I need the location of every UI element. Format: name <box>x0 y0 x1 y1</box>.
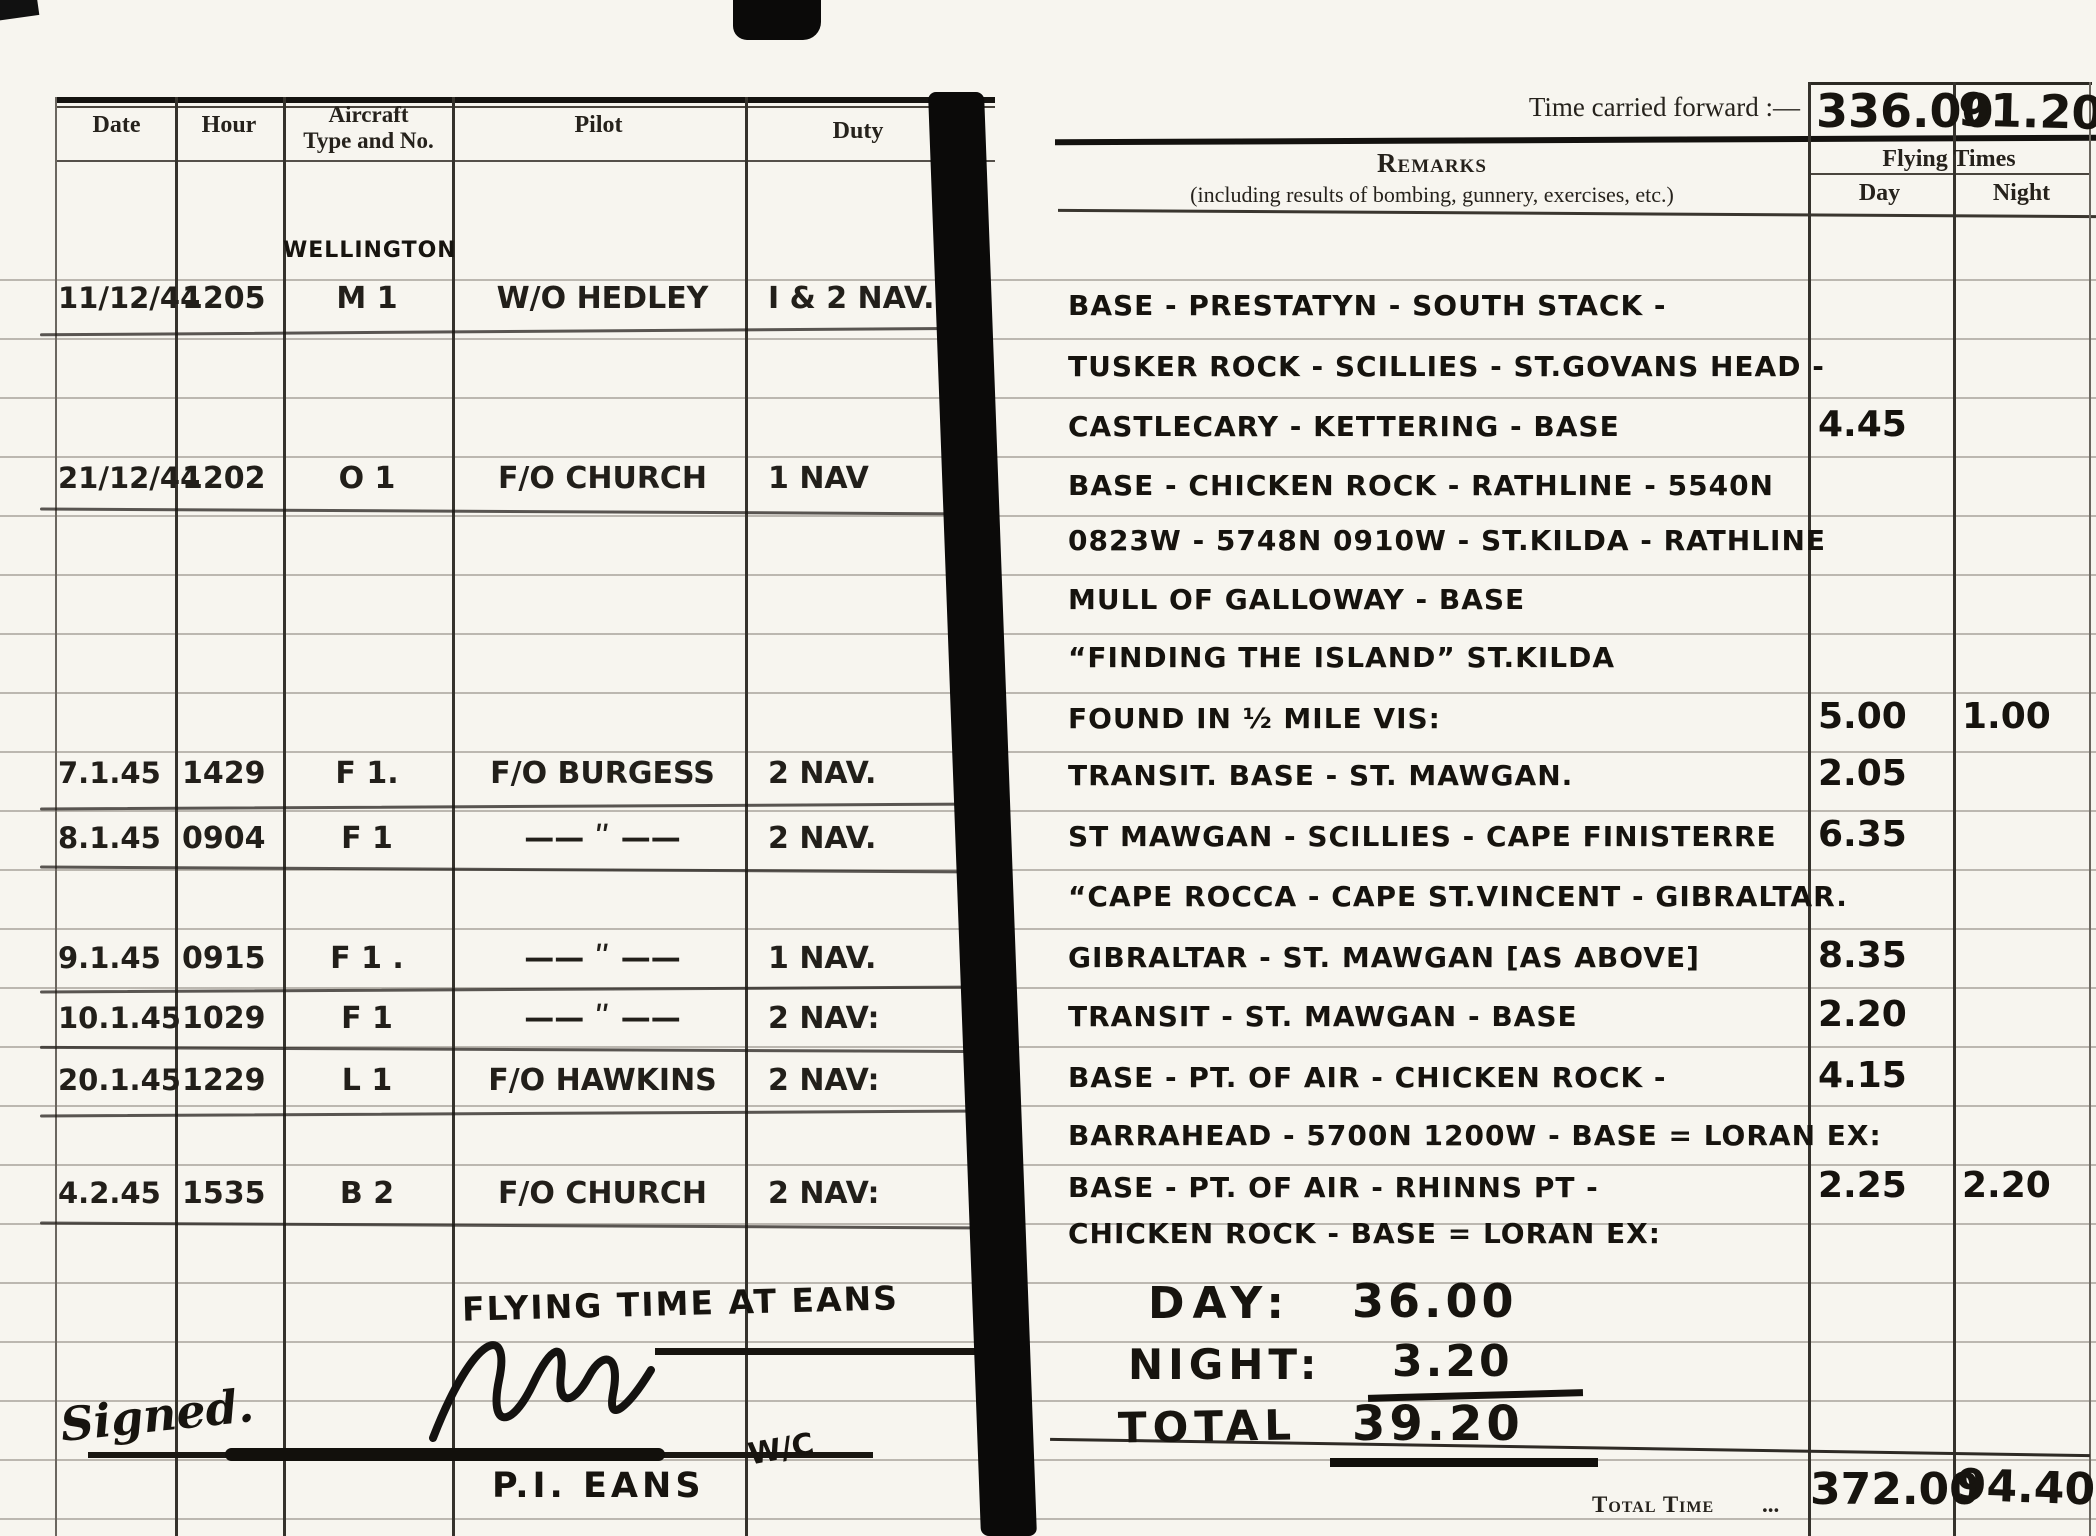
summary-day-label: DAY: <box>1148 1278 1292 1329</box>
remark-day-time: 6.35 <box>1818 814 1907 855</box>
logbook-entry-row: 20.1.451229L 1F/O HAWKINS2 NAV: <box>0 1055 1010 1111</box>
entry-pilot: F/O BURGESS <box>455 756 750 791</box>
summary-total-label: TOTAL <box>1118 1400 1298 1452</box>
entry-aircraft-no: L 1 <box>287 1063 447 1098</box>
entry-aircraft-type: WELLINGTON <box>283 238 448 263</box>
remark-day-time: 8.35 <box>1818 935 1907 976</box>
scan-mark-corner <box>0 0 39 21</box>
remark-night-time: 1.00 <box>1962 696 2051 737</box>
entry-aircraft-no: F 1 . <box>287 941 447 976</box>
remark-day-time: 2.25 <box>1818 1165 1907 1206</box>
entry-pilot: —— ʺ —— <box>455 1001 750 1036</box>
tcf-day-value: 336.00 <box>1816 84 1950 138</box>
remark-row: GIBRALTAR - ST. MAWGAN [AS ABOVE]8.35 <box>1060 932 2096 988</box>
header-night: Night <box>1953 180 2090 207</box>
entry-pilot: —— ʺ —— <box>455 941 750 976</box>
remark-text: “CAPE ROCCA - CAPE ST.VINCENT - GIBRALTA… <box>1068 880 1848 913</box>
left-header-underline <box>55 160 995 162</box>
logbook-entry-row: 4.2.451535B 2F/O CHURCH2 NAV: <box>0 1168 1010 1224</box>
left-top-rule-2 <box>55 106 995 108</box>
remark-text: ST MAWGAN - SCILLIES - CAPE FINISTERRE <box>1068 820 1777 853</box>
entry-pilot: F/O CHURCH <box>455 1176 750 1211</box>
remark-row: CHICKEN ROCK - BASE = LORAN EX: <box>1060 1208 2096 1264</box>
remark-row: CASTLECARY - KETTERING - BASE4.45 <box>1060 401 2096 457</box>
remark-text: MULL OF GALLOWAY - BASE <box>1068 583 1525 616</box>
entry-hour: 1029 <box>182 1001 282 1036</box>
entry-pilot: F/O CHURCH <box>455 461 750 496</box>
summary-day-value: 36.00 <box>1352 1274 1518 1328</box>
logbook-entry-row: 10.1.451029F 1—— ʺ ——2 NAV: <box>0 993 1010 1049</box>
remark-night-time: 2.20 <box>1962 1165 2051 1206</box>
flying-times-divider <box>1808 173 2090 175</box>
total-day-value: 372.00 <box>1810 1464 1950 1515</box>
entry-hour: 1202 <box>182 461 282 496</box>
logbook-entry-row: 8.1.450904F 1—— ʺ ——2 NAV. <box>0 813 1010 869</box>
header-pilot: Pilot <box>452 112 745 139</box>
remark-text: BASE - PT. OF AIR - RHINNS PT - <box>1068 1171 1599 1204</box>
remark-text: TRANSIT - ST. MAWGAN - BASE <box>1068 1000 1578 1033</box>
header-hour: Hour <box>175 112 283 139</box>
summary-night-value: 3.20 <box>1392 1336 1513 1387</box>
remark-day-time: 4.15 <box>1818 1055 1907 1096</box>
remark-text: BARRAHEAD - 5700N 1200W - BASE = LORAN E… <box>1068 1119 1882 1152</box>
entry-pilot: F/O HAWKINS <box>455 1063 750 1098</box>
left-top-rule <box>55 97 995 103</box>
entry-date: 7.1.45 <box>58 756 178 790</box>
remark-day-time: 2.05 <box>1818 753 1907 794</box>
remark-text: CHICKEN ROCK - BASE = LORAN EX: <box>1068 1217 1661 1250</box>
remark-row: TRANSIT - ST. MAWGAN - BASE2.20 <box>1060 991 2096 1047</box>
entry-date: 10.1.45 <box>58 1001 178 1035</box>
entry-duty: 2 NAV: <box>768 1176 996 1211</box>
entry-hour: 0904 <box>182 821 282 856</box>
remark-text: BASE - PT. OF AIR - CHICKEN ROCK - <box>1068 1061 1667 1094</box>
signature <box>415 1310 715 1465</box>
header-flying-times: Flying Times <box>1808 146 2090 173</box>
remark-row: 0823W - 5748N 0910W - ST.KILDA - RATHLIN… <box>1060 515 2096 571</box>
remark-text: TUSKER ROCK - SCILLIES - ST.GOVANS HEAD … <box>1068 350 1825 383</box>
logbook-entry-row: 9.1.450915F 1 .—— ʺ ——1 NAV. <box>0 933 1010 989</box>
remark-text: 0823W - 5748N 0910W - ST.KILDA - RATHLIN… <box>1068 524 1826 557</box>
entry-hour: 1429 <box>182 756 282 791</box>
remark-text: BASE - CHICKEN ROCK - RATHLINE - 5540N <box>1068 469 1774 502</box>
remark-row: “CAPE ROCCA - CAPE ST.VINCENT - GIBRALTA… <box>1060 871 2096 927</box>
logbook-entry-row: 11/12/441205M 1W/O HEDLEYI & 2 NAV. <box>0 273 1010 329</box>
remark-row: “FINDING THE ISLAND” ST.KILDA <box>1060 632 2096 688</box>
entry-date: 4.2.45 <box>58 1176 178 1210</box>
certifier-label: P.I. EANS <box>492 1466 705 1506</box>
summary-night-label: NIGHT: <box>1128 1340 1322 1389</box>
entry-aircraft-no: F 1 <box>287 821 447 856</box>
tcf-label: Time carried forward :— <box>1390 92 1800 123</box>
remark-row: BASE - PRESTATYN - SOUTH STACK - <box>1060 280 2096 336</box>
header-remarks: Remarks <box>1060 148 1804 179</box>
remark-day-time: 5.00 <box>1818 696 1907 737</box>
remark-day-time: 4.45 <box>1818 404 1907 445</box>
entry-date: 21/12/44 <box>58 461 178 495</box>
entry-date: 20.1.45 <box>58 1063 178 1097</box>
entry-hour: 1535 <box>182 1176 282 1211</box>
remark-day-time: 2.20 <box>1818 994 1907 1035</box>
header-day: Day <box>1808 180 1951 207</box>
logbook-scan: Date Hour Aircraft Type and No. Pilot Du… <box>0 0 2096 1536</box>
remark-row: BASE - PT. OF AIR - CHICKEN ROCK -4.15 <box>1060 1052 2096 1108</box>
entry-aircraft-no: F 1. <box>287 756 447 791</box>
total-night-value: 94.40 <box>1955 1460 2089 1516</box>
remark-text: TRANSIT. BASE - ST. MAWGAN. <box>1068 759 1573 792</box>
remark-text: BASE - PRESTATYN - SOUTH STACK - <box>1068 289 1667 322</box>
remark-text: “FINDING THE ISLAND” ST.KILDA <box>1068 641 1615 674</box>
header-aircraft-line1: Aircraft <box>285 102 452 128</box>
entry-hour: 1205 <box>182 281 282 316</box>
entry-hour: 1229 <box>182 1063 282 1098</box>
entry-aircraft-no: M 1 <box>287 281 447 316</box>
entry-duty: 2 NAV: <box>768 1063 996 1098</box>
entry-aircraft-no: F 1 <box>287 1001 447 1036</box>
entry-aircraft-no: B 2 <box>287 1176 447 1211</box>
summary-total-value: 39.20 <box>1352 1396 1524 1452</box>
entry-pilot: —— ʺ —— <box>455 821 750 856</box>
header-remarks-sub: (including results of bombing, gunnery, … <box>1060 182 1804 208</box>
total-time-dots: ... <box>1762 1492 1779 1518</box>
remark-row: FOUND IN ½ MILE VIS:5.001.00 <box>1060 693 2096 749</box>
total-time-label: Total Time <box>1592 1492 1714 1518</box>
remark-row: BARRAHEAD - 5700N 1200W - BASE = LORAN E… <box>1060 1110 2096 1166</box>
remark-row: BASE - CHICKEN ROCK - RATHLINE - 5540N <box>1060 460 2096 516</box>
entry-pilot: W/O HEDLEY <box>455 281 750 316</box>
logbook-entry-row: 21/12/441202O 1F/O CHURCH1 NAV <box>0 453 1010 509</box>
remark-text: GIBRALTAR - ST. MAWGAN [AS ABOVE] <box>1068 941 1700 974</box>
remarks-sub-underline <box>1058 209 2096 218</box>
entry-date: 9.1.45 <box>58 941 178 975</box>
remark-row: ST MAWGAN - SCILLIES - CAPE FINISTERRE6.… <box>1060 811 2096 867</box>
remark-row: MULL OF GALLOWAY - BASE <box>1060 574 2096 630</box>
total-underline <box>1330 1458 1598 1467</box>
remark-text: CASTLECARY - KETTERING - BASE <box>1068 410 1620 443</box>
logbook-entry-row: 7.1.451429F 1.F/O BURGESS2 NAV. <box>0 748 1010 804</box>
entry-aircraft-no: O 1 <box>287 461 447 496</box>
header-aircraft-line2: Type and No. <box>285 128 452 154</box>
tcf-night-value: 91.20 <box>1957 82 2088 139</box>
remark-text: FOUND IN ½ MILE VIS: <box>1068 702 1441 735</box>
remark-row: TUSKER ROCK - SCILLIES - ST.GOVANS HEAD … <box>1060 341 2096 397</box>
entry-hour: 0915 <box>182 941 282 976</box>
entry-date: 8.1.45 <box>58 821 178 855</box>
entry-date: 11/12/44 <box>58 281 178 315</box>
header-date: Date <box>58 112 175 139</box>
remark-row: TRANSIT. BASE - ST. MAWGAN.2.05 <box>1060 750 2096 806</box>
scan-blob-top <box>733 0 821 40</box>
